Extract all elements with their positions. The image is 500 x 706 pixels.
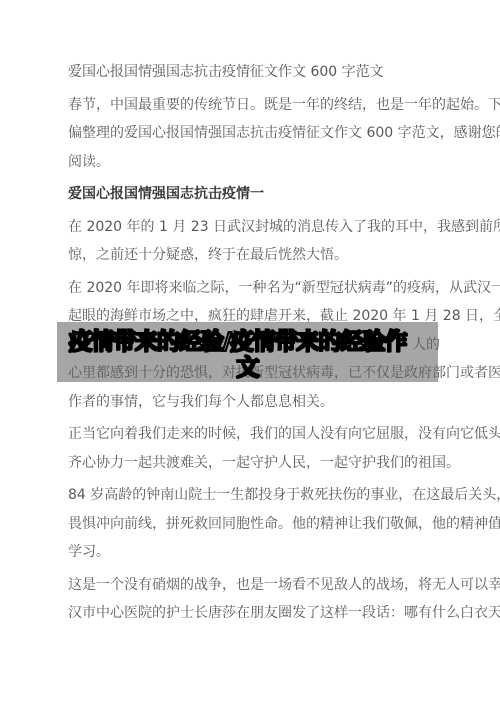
- text-line: 学习。: [68, 538, 440, 567]
- text-line: 在 2020 年的 1 月 23 日武汉封城的消息传入了我的耳中，我感到前所未有…: [68, 213, 440, 242]
- intro-paragraph: 春节，中国最重要的传统节日。既是一年的终结，也是一年的起始。下面是小 偏整理的爱…: [68, 91, 440, 177]
- document-title: 爱国心报国情强国志抗击疫情征文作文 600 字范文: [68, 58, 440, 87]
- article-content: 爱国心报国情强国志抗击疫情征文作文 600 字范文 春节，中国最重要的传统节日。…: [0, 0, 440, 628]
- watermark-title-line2: 文: [57, 349, 438, 382]
- text-line: 阅读。: [68, 148, 440, 177]
- text-line: 畏惧冲向前线，拼死救回同胞性命。他的精神让我们敬佩，他的精神值得我们: [68, 510, 440, 539]
- article-page: 爱国心报国情强国志抗击疫情征文作文 600 字范文 春节，中国最重要的传统节日。…: [0, 0, 500, 628]
- text-line: 偏整理的爱国心报国情强国志抗击疫情征文作文 600 字范文，感谢您的每一次: [68, 119, 440, 148]
- section-heading: 爱国心报国情强国志抗击疫情一: [68, 180, 440, 209]
- text-line: 惊，之前还十分疑惑，终于在最后恍然大悟。: [68, 241, 440, 270]
- paragraph: 84 岁高龄的钟南山院士一生都投身于救死扶伤的事业，在这最后关头，他也不 畏惧冲…: [68, 481, 440, 567]
- text-line: 正当它向着我们走来的时候，我们的国人没有向它屈服，没有向它低头，而是: [68, 420, 440, 449]
- paragraph: 在 2020 年的 1 月 23 日武汉封城的消息传入了我的耳中，我感到前所未有…: [68, 213, 440, 270]
- text-line: 这是一个没有硝烟的战争，也是一场看不见敌人的战场，将无人可以幸免。武: [68, 571, 440, 600]
- text-line: 汉市中心医院的护士长唐莎在朋友圈发了这样一段话：哪有什么白衣天使，不: [68, 599, 440, 628]
- text-line: 84 岁高龄的钟南山院士一生都投身于救死扶伤的事业，在这最后关头，他也不: [68, 481, 440, 510]
- text-line: 齐心协力一起共渡难关，一起守护人民，一起守护我们的祖国。: [68, 449, 440, 478]
- text-line: 春节，中国最重要的传统节日。既是一年的终结，也是一年的起始。下面是小: [68, 91, 440, 120]
- paragraph: 这是一个没有硝烟的战争，也是一场看不见敌人的战场，将无人可以幸免。武 汉市中心医…: [68, 571, 440, 628]
- text-line: 作者的事情，它与我们每个人都息息相关。: [68, 388, 440, 417]
- text-line: 在 2020 年即将来临之际，一种名为“新型冠状病毒”的疫病，从武汉一个不: [68, 274, 440, 303]
- paragraph: 正当它向着我们走来的时候，我们的国人没有向它屈服，没有向它低头，而是 齐心协力一…: [68, 420, 440, 477]
